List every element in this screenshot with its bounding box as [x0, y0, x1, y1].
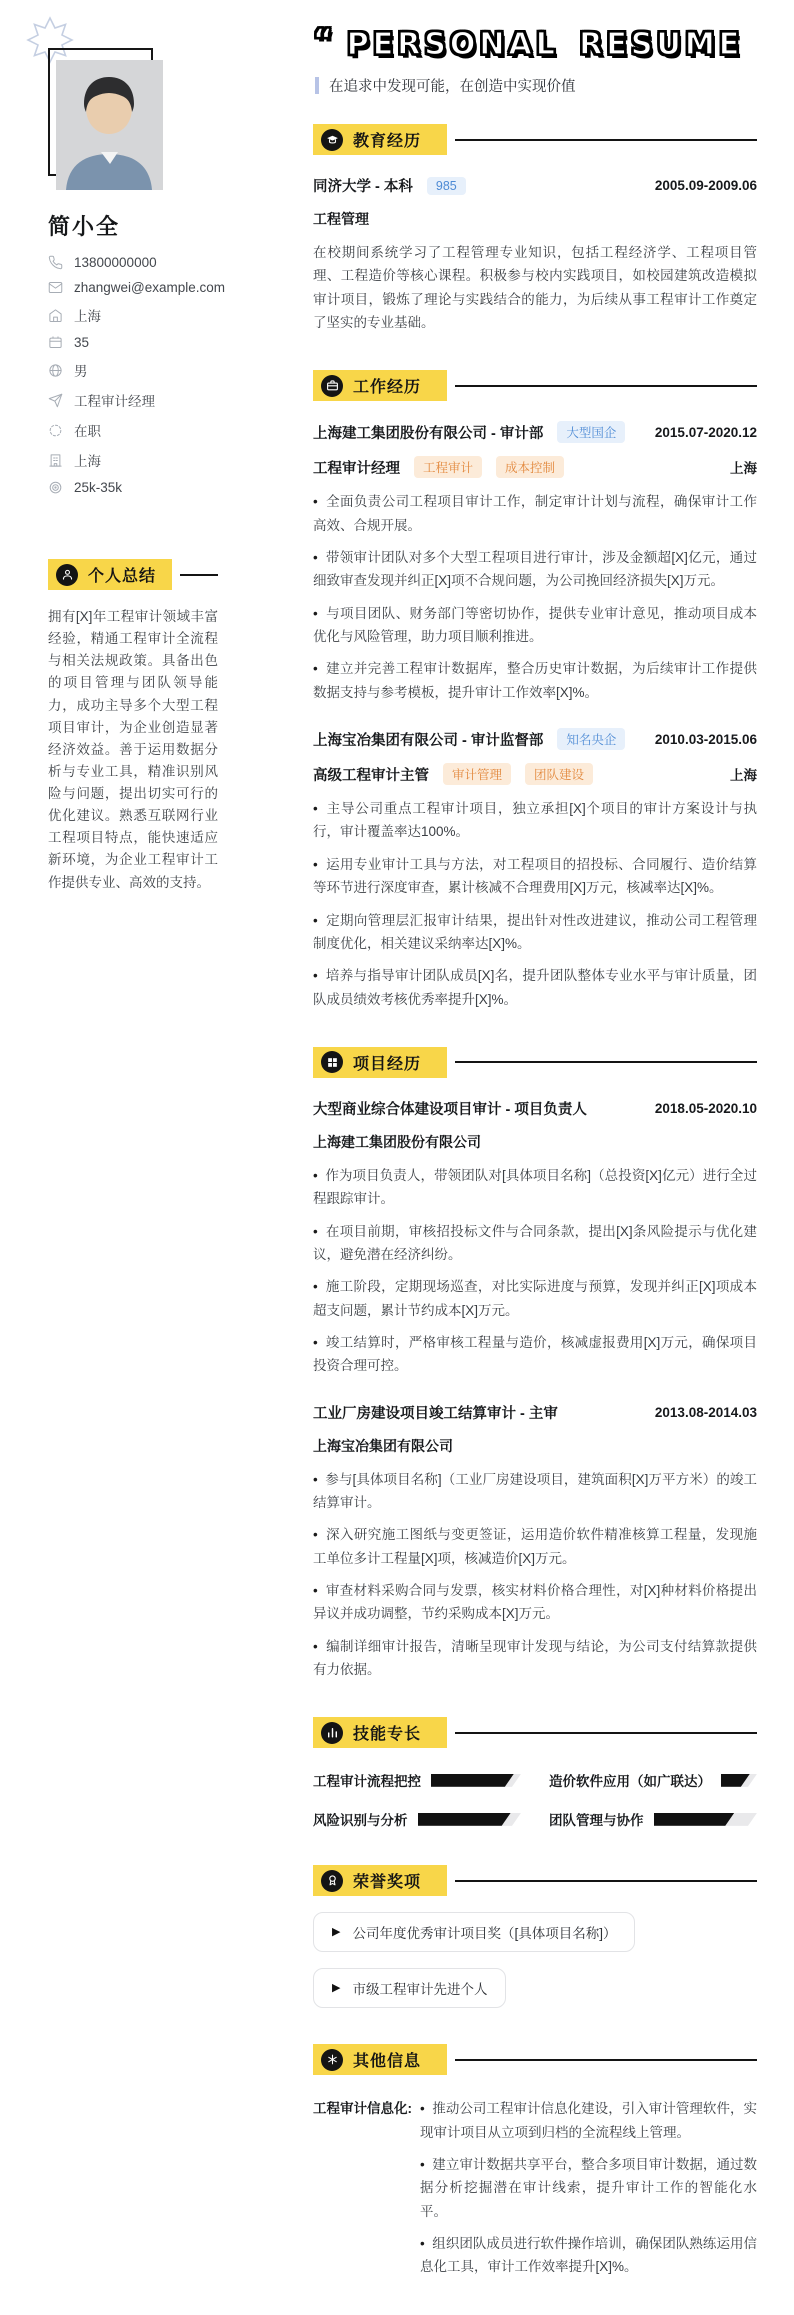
work-entry: 上海宝冶集团有限公司 - 审计监督部 知名央企 2010.03-2015.06 …: [313, 728, 757, 1011]
gender-value: 男: [74, 360, 88, 380]
section-divider-line: [455, 1880, 757, 1882]
other-info-row: 工程审计信息化: 推动公司工程审计信息化建设，引入审计管理软件，实现审计项目从立…: [313, 2097, 757, 2278]
job-tag: 成本控制: [496, 456, 564, 478]
section-divider-line: [180, 574, 218, 576]
grid-icon: [321, 1051, 343, 1073]
project-name: 工业厂房建设项目竣工结算审计 - 主审: [313, 1402, 558, 1423]
project-name: 大型商业综合体建设项目审计 - 项目负责人: [313, 1098, 587, 1119]
other-bullet: 推动公司工程审计信息化建设，引入审计管理软件，实现审计项目从立项到归档的全流程线…: [420, 2097, 757, 2144]
home-icon: [48, 308, 63, 323]
other-bullet: 组织团队成员进行软件操作培训，确保团队熟练运用信息化工具，审计工作效率提升[X]…: [420, 2232, 757, 2279]
position-value: 工程审计经理: [74, 390, 155, 410]
resume-page: 简小全 13800000000 zhangwei@example.com 上海 …: [0, 0, 794, 2315]
company-tag: 知名央企: [557, 728, 625, 750]
other-bullet: 建立审计数据共享平台，整合多项目审计数据，通过数据分析挖掘潜在审计线索，提升审计…: [420, 2153, 757, 2223]
age-icon: [48, 335, 63, 350]
job-tag: 审计管理: [443, 763, 511, 785]
school-name: 同济大学 - 本科: [313, 175, 413, 196]
skill-bar-fill: [654, 1813, 735, 1826]
project-entry-header: 大型商业综合体建设项目审计 - 项目负责人 2018.05-2020.10: [313, 1098, 757, 1119]
job-tag: 工程审计: [414, 456, 482, 478]
job-tag: 团队建设: [525, 763, 593, 785]
project-bullet: 深入研究施工图纸与变更签证，运用造价软件精准核算工程量，发现施工单位多计工程量[…: [313, 1523, 757, 1570]
project-entry: 工业厂房建设项目竣工结算审计 - 主审 2013.08-2014.03 上海宝冶…: [313, 1402, 757, 1682]
honor-item: ▶ 市级工程审计先进个人: [313, 1968, 506, 2008]
skill-item: 风险识别与分析: [313, 1809, 521, 1829]
phone-icon: [48, 255, 63, 270]
skills-badge: 技能专长: [313, 1717, 447, 1748]
age-value: 35: [74, 335, 89, 350]
work-date: 2010.03-2015.06: [655, 732, 757, 747]
honor-item: ▶ 公司年度优秀审计项目奖（[具体项目名称]）: [313, 1912, 635, 1952]
section-skills-header: 技能专长: [313, 1717, 757, 1748]
play-triangle-icon: ▶: [332, 1983, 340, 1994]
project-bullet: 施工阶段，定期现场巡查，对比实际进度与预算，发现并纠正[X]项成本超支问题，累计…: [313, 1275, 757, 1322]
work-bullet: 运用专业审计工具与方法，对工程项目的招投标、合同履行、造价结算等环节进行深度审查…: [313, 853, 757, 900]
work-entry: 上海建工集团股份有限公司 - 审计部 大型国企 2015.07-2020.12 …: [313, 421, 757, 704]
section-honors: 荣誉奖项 ▶ 公司年度优秀审计项目奖（[具体项目名称]） ▶ 市级工程审计先进个…: [313, 1865, 757, 2008]
education-description: 在校期间系统学习了工程管理专业知识，包括工程经济学、工程项目管理、工程造价等核心…: [313, 241, 757, 334]
tagline: 在追求中发现可能，在创造中实现价值: [315, 75, 757, 96]
building-icon: [48, 453, 63, 468]
work-badge: 工作经历: [313, 370, 447, 401]
honor-text: 市级工程审计先进个人: [352, 1978, 487, 1998]
work-bullet: 主导公司重点工程审计项目，独立承担[X]个项目的审计方案设计与执行，审计覆盖率达…: [313, 797, 757, 844]
status-icon: [48, 423, 63, 438]
summary-title: 个人总结: [88, 563, 156, 586]
avatar: [56, 60, 163, 190]
sidebar: 简小全 13800000000 zhangwei@example.com 上海 …: [48, 26, 218, 2279]
skill-bar-track: [431, 1774, 521, 1787]
award-medal-icon: [321, 1870, 343, 1892]
candidate-name: 简小全: [48, 210, 218, 241]
work-entry-header: 上海建工集团股份有限公司 - 审计部 大型国企 2015.07-2020.12: [313, 421, 757, 443]
section-other-header: 其他信息: [313, 2044, 757, 2075]
project-bullet: 作为项目负责人，带领团队对[具体项目名称]（总投资[X]亿元）进行全过程跟踪审计…: [313, 1164, 757, 1211]
work-bullet: 培养与指导审计团队成员[X]名，提升团队整体专业水平与审计质量，团队成员绩效考核…: [313, 964, 757, 1011]
projects-title: 项目经历: [353, 1051, 421, 1074]
work-location: 上海: [730, 457, 757, 477]
asterisk-icon: [321, 2049, 343, 2071]
work-bullet: 全面负责公司工程项目审计工作，制定审计计划与流程，确保审计工作高效、合规开展。: [313, 490, 757, 537]
summary-text: 拥有[X]年工程审计领域丰富经验，精通工程审计全流程与相关法规政策。具备出色的项…: [48, 606, 218, 894]
project-bullet: 审查材料采购合同与发票，核实材料价格合理性，对[X]种材料价格提出异议并成功调整…: [313, 1579, 757, 1626]
other-title: 其他信息: [353, 2048, 421, 2071]
company-city-value: 上海: [74, 450, 101, 470]
job-title: 高级工程审计主管: [313, 764, 429, 785]
project-entry: 大型商业综合体建设项目审计 - 项目负责人 2018.05-2020.10 上海…: [313, 1098, 757, 1378]
work-title: 工作经历: [353, 374, 421, 397]
section-other: 其他信息 工程审计信息化: 推动公司工程审计信息化建设，引入审计管理软件，实现审…: [313, 2044, 757, 2278]
skill-bar-track: [721, 1774, 757, 1787]
skill-item: 团队管理与协作: [549, 1809, 757, 1829]
skill-item: 造价软件应用（如广联达）: [549, 1770, 757, 1790]
page-title-row: “ PERSONAL RESUME: [313, 28, 757, 61]
other-info-label: 工程审计信息化:: [313, 2097, 412, 2278]
salary-value: 25k-35k: [74, 480, 122, 495]
skill-bar-fill: [721, 1774, 750, 1787]
section-work-header: 工作经历: [313, 370, 757, 401]
page-title: PERSONAL RESUME: [347, 28, 743, 61]
skill-label: 造价软件应用（如广联达）: [549, 1770, 711, 1790]
work-entry-header: 上海宝冶集团有限公司 - 审计监督部 知名央企 2010.03-2015.06: [313, 728, 757, 750]
summary-badge: 个人总结: [48, 559, 172, 590]
project-entry-header: 工业厂房建设项目竣工结算审计 - 主审 2013.08-2014.03: [313, 1402, 757, 1423]
contact-item-status: 在职: [48, 420, 218, 440]
work-bullet: 定期向管理层汇报审计结果，提出针对性改进建议，推动公司工程管理制度优化，相关建议…: [313, 909, 757, 956]
contact-item-email: zhangwei@example.com: [48, 280, 218, 295]
work-date: 2015.07-2020.12: [655, 425, 757, 440]
contact-item-salary: 25k-35k: [48, 480, 218, 495]
work-entry-subheader: 高级工程审计主管 审计管理 团队建设 上海: [313, 763, 757, 785]
contact-item-location: 上海: [48, 305, 218, 325]
skill-label: 工程审计流程把控: [313, 1770, 421, 1790]
skills-title: 技能专长: [353, 1721, 421, 1744]
play-triangle-icon: ▶: [332, 1927, 340, 1938]
project-bullet: 参与[具体项目名称]（工业厂房建设项目，建筑面积[X]万平方米）的竣工结算审计。: [313, 1468, 757, 1515]
work-location: 上海: [730, 764, 757, 784]
salary-target-icon: [48, 480, 63, 495]
contact-item-phone: 13800000000: [48, 255, 218, 270]
person-icon: [56, 564, 78, 586]
honors-badge: 荣誉奖项: [313, 1865, 447, 1896]
section-summary-header: 个人总结: [48, 559, 218, 590]
mail-icon: [48, 280, 63, 295]
company-name: 上海宝冶集团有限公司 - 审计监督部: [313, 729, 543, 750]
contact-list: 13800000000 zhangwei@example.com 上海 35 男…: [48, 255, 218, 495]
education-date: 2005.09-2009.06: [655, 178, 757, 193]
section-education: 教育经历 同济大学 - 本科 985 2005.09-2009.06 工程管理 …: [313, 124, 757, 334]
education-title: 教育经历: [353, 128, 421, 151]
contact-item-company-city: 上海: [48, 450, 218, 470]
skill-item: 工程审计流程把控: [313, 1770, 521, 1790]
project-company: 上海宝冶集团有限公司: [313, 1436, 757, 1456]
quote-icon: “: [313, 26, 333, 56]
skill-label: 风险识别与分析: [313, 1809, 408, 1829]
section-honors-header: 荣誉奖项: [313, 1865, 757, 1896]
company-tag: 大型国企: [557, 421, 625, 443]
profile-photo: [48, 48, 165, 194]
skill-bar-fill: [418, 1813, 511, 1826]
contact-item-gender: 男: [48, 360, 218, 380]
section-education-header: 教育经历: [313, 124, 757, 155]
skill-bar-track: [654, 1813, 758, 1826]
project-date: 2013.08-2014.03: [655, 1405, 757, 1420]
contact-item-position: 工程审计经理: [48, 390, 218, 410]
project-bullet: 在项目前期，审核招投标文件与合同条款，提出[X]条风险提示与优化建议，避免潜在经…: [313, 1220, 757, 1267]
section-divider-line: [455, 1061, 757, 1063]
section-work: 工作经历 上海建工集团股份有限公司 - 审计部 大型国企 2015.07-202…: [313, 370, 757, 1011]
project-date: 2018.05-2020.10: [655, 1101, 757, 1116]
tagline-bar-decoration: [315, 77, 319, 94]
section-divider-line: [455, 1732, 757, 1734]
section-divider-line: [455, 385, 757, 387]
email-value: zhangwei@example.com: [74, 280, 225, 295]
main-column: “ PERSONAL RESUME 在追求中发现可能，在创造中实现价值 教育经历…: [313, 26, 757, 2279]
honors-title: 荣誉奖项: [353, 1869, 421, 1892]
work-bullet: 带领审计团队对多个大型工程项目进行审计，涉及金额超[X]亿元，通过细致审查发现并…: [313, 546, 757, 593]
projects-badge: 项目经历: [313, 1047, 447, 1078]
skill-label: 团队管理与协作: [549, 1809, 644, 1829]
tagline-text: 在追求中发现可能，在创造中实现价值: [329, 75, 576, 96]
company-name: 上海建工集团股份有限公司 - 审计部: [313, 422, 543, 443]
status-value: 在职: [74, 420, 101, 440]
skill-bar-fill: [431, 1774, 514, 1787]
school-tag-985: 985: [427, 177, 466, 195]
bar-chart-icon: [321, 1722, 343, 1744]
section-divider-line: [455, 2059, 757, 2061]
paper-plane-icon: [48, 393, 63, 408]
honor-text: 公司年度优秀审计项目奖（[具体项目名称]）: [352, 1922, 616, 1942]
work-entry-subheader: 工程审计经理 工程审计 成本控制 上海: [313, 456, 757, 478]
job-title: 工程审计经理: [313, 457, 400, 478]
phone-value: 13800000000: [74, 255, 157, 270]
section-projects-header: 项目经历: [313, 1047, 757, 1078]
skills-grid: 工程审计流程把控 造价软件应用（如广联达） 风险识别与分析 团队管理与协作: [313, 1770, 757, 1829]
location-value: 上海: [74, 305, 101, 325]
project-bullet: 竣工结算时，严格审核工程量与造价，核减虚报费用[X]万元，确保项目投资合理可控。: [313, 1331, 757, 1378]
work-bullet: 与项目团队、财务部门等密切协作，提供专业审计意见，推动项目成本优化与风险管理，助…: [313, 602, 757, 649]
other-badge: 其他信息: [313, 2044, 447, 2075]
education-badge: 教育经历: [313, 124, 447, 155]
skill-bar-track: [418, 1813, 522, 1826]
section-divider-line: [455, 139, 757, 141]
graduation-cap-icon: [321, 129, 343, 151]
work-bullet: 建立并完善工程审计数据库，整合历史审计数据，为后续审计工作提供数据支持与参考模板…: [313, 657, 757, 704]
education-entry-header: 同济大学 - 本科 985 2005.09-2009.06: [313, 175, 757, 196]
gender-icon: [48, 363, 63, 378]
section-projects: 项目经历 大型商业综合体建设项目审计 - 项目负责人 2018.05-2020.…: [313, 1047, 757, 1682]
project-company: 上海建工集团股份有限公司: [313, 1132, 757, 1152]
project-bullet: 编制详细审计报告，清晰呈现审计发现与结论，为公司支付结算款提供有力依据。: [313, 1635, 757, 1682]
major: 工程管理: [313, 209, 757, 229]
section-skills: 技能专长 工程审计流程把控 造价软件应用（如广联达） 风险识别与分析: [313, 1717, 757, 1829]
contact-item-age: 35: [48, 335, 218, 350]
other-info-content: 推动公司工程审计信息化建设，引入审计管理软件，实现审计项目从立项到归档的全流程线…: [420, 2097, 757, 2278]
briefcase-icon: [321, 375, 343, 397]
